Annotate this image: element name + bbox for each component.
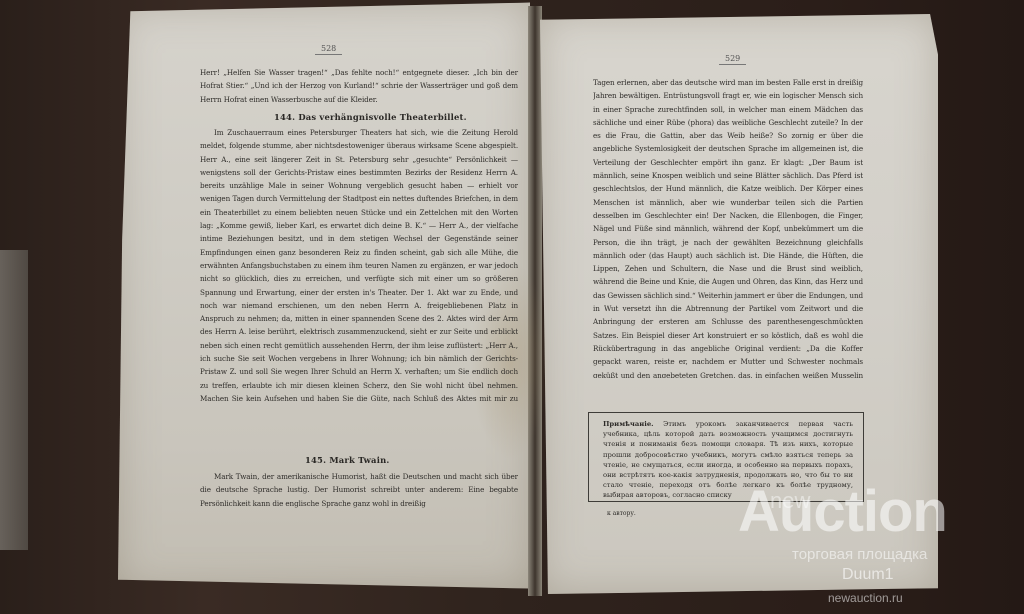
note-text: Этимъ урокомъ заканчивается первая часть… (603, 420, 853, 499)
right-page-body: Tagen erlernen, aber das deutsche wird m… (593, 76, 863, 378)
note-tail: к автору. (607, 510, 636, 517)
open-book: 528 Herr! „Helfen Sie Wasser tragen!“ „D… (0, 0, 1024, 614)
section-144-paragraph: Im Zuschauerraum eines Petersburger Thea… (200, 126, 518, 406)
note-label: Примѣчаніе. (603, 420, 654, 428)
right-page-number: 529 (719, 54, 746, 65)
section-144-body: Im Zuschauerraum eines Petersburger Thea… (200, 126, 518, 406)
section-145-heading: 145. Mark Twain. (305, 455, 389, 465)
intro-paragraph: Herr! „Helfen Sie Wasser tragen!“ „Das f… (200, 66, 518, 106)
note-box: Примѣчаніе. Этимъ урокомъ заканчивается … (588, 412, 864, 502)
left-page-number: 528 (315, 44, 342, 55)
right-page-paragraph: Tagen erlernen, aber das deutsche wird m… (593, 76, 863, 378)
section-144-heading: 144. Das verhängnisvolle Theaterbillet. (274, 112, 467, 122)
section-145-body: Mark Twain, der amerikanische Humorist, … (200, 470, 518, 512)
section-145-paragraph: Mark Twain, der amerikanische Humorist, … (200, 470, 518, 510)
left-page-intro: Herr! „Helfen Sie Wasser tragen!“ „Das f… (200, 66, 518, 106)
